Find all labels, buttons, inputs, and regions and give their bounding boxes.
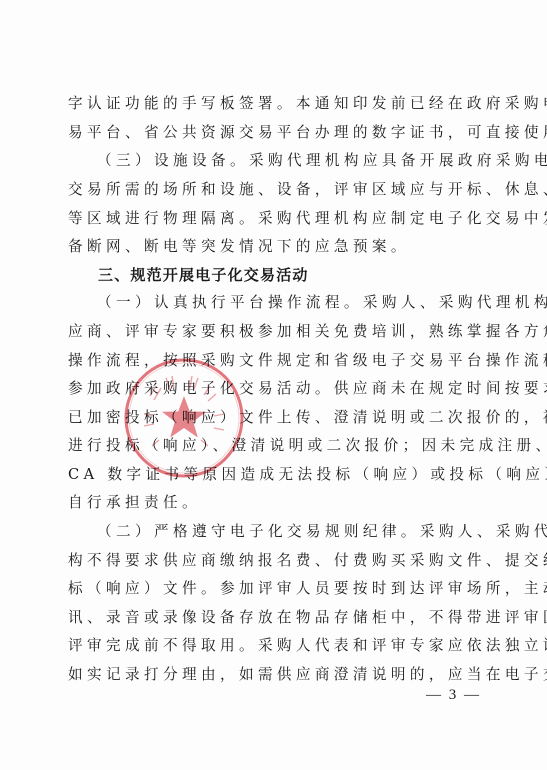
text-line-11: 参加政府采购电子化交易活动。供应商未在规定时间按要求完成 <box>68 378 490 400</box>
text-line-18: 标（响应）文件。参加评审人员要按时到达评审场所，主动将通 <box>68 578 490 600</box>
text-line-5: 等区域进行物理隔离。采购代理机构应制定电子化交易中发生设 <box>68 208 490 230</box>
text-line-17: 构不得要求供应商缴纳报名费、付费购买采购文件、提交纸质投 <box>68 550 490 572</box>
text-line-6: 备断网、断电等突发情况下的应急预案。 <box>68 236 490 258</box>
text-line-21: 如实记录打分理由，如需供应商澄清说明的，应当在电子交易平 <box>68 664 490 686</box>
section-heading: 三、规范开展电子化交易活动 <box>98 264 309 286</box>
text-line-14: CA 数字证书等原因造成无法投标（响应）或投标（响应）失败的， <box>68 464 490 486</box>
text-line-12: 已加密投标（响应）文件上传、澄清说明或二次报价的，视为未 <box>68 407 490 429</box>
text-line-1: 字认证功能的手写板签署。本通知印发前已经在政府采购电子交 <box>68 93 490 115</box>
text-line-13: 进行投标（响应）、澄清说明或二次报价；因未完成注册、未办理 <box>68 435 490 457</box>
text-line-10: 操作流程，按照采购文件规定和省级电子交易平台操作流程要求， <box>68 350 490 372</box>
document-page: 字认证功能的手写板签署。本通知印发前已经在政府采购电子交 易平台、省公共资源交易… <box>0 0 547 770</box>
text-line-2: 易平台、省公共资源交易平台办理的数字证书，可直接使用。 <box>68 122 490 144</box>
text-line-20: 评审完成前不得取用。采购人代表和评审专家应依法独立评审， <box>68 635 490 657</box>
text-line-16: （二）严格遵守电子化交易规则纪律。采购人、采购代理机 <box>97 521 490 543</box>
text-line-3: （三）设施设备。采购代理机构应具备开展政府采购电子化 <box>97 150 490 172</box>
text-line-9: 应商、评审专家要积极参加相关免费培训，熟练掌握各方角色的 <box>68 321 490 343</box>
text-line-8: （一）认真执行平台操作流程。采购人、采购代理机构、供 <box>97 292 490 314</box>
text-line-15: 自行承担责任。 <box>68 492 490 514</box>
text-line-4: 交易所需的场所和设施、设备，评审区域应与开标、休息、办公 <box>68 179 490 201</box>
text-line-19: 讯、录音或录像设备存放在物品存储柜中，不得带进评审区域， <box>68 607 490 629</box>
page-number: — 3 — <box>426 684 481 706</box>
